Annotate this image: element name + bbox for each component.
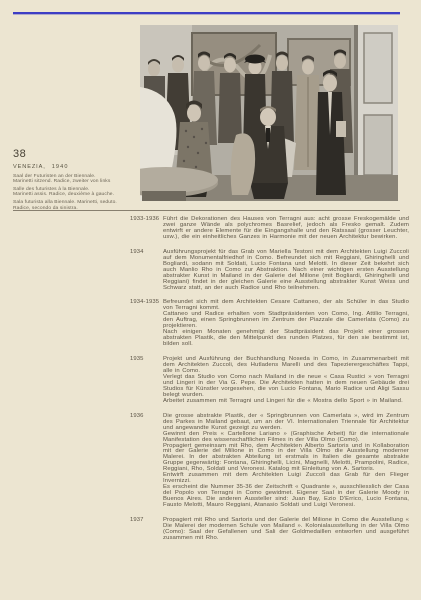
top-rule [13, 12, 400, 14]
entry-text: Propagiert gemeinsam mit Rho, dem Archit… [163, 444, 409, 474]
caption-line: Sala futurista alla Biennale. Marinetti,… [13, 200, 133, 205]
caption-place: VENEZIA, [13, 164, 46, 170]
chronology-entry-1935: 1935 Projekt und Ausführung der Buchhand… [130, 357, 409, 405]
caption-year: 1940 [52, 164, 69, 170]
chronology-entry-1936: 1936 Die grosse abstrakte Plastik, der «… [130, 414, 409, 509]
entry-year: 1936 [130, 414, 144, 420]
entry-text: Es erscheint die Nummer 35-36 der Zeitsc… [163, 485, 409, 509]
entry-year: 1934 [130, 250, 144, 256]
entry-text: Cattaneo und Radice erhalten vom Stadtpr… [163, 312, 409, 330]
book-page: 38 VENEZIA,1940 Saal der Futuristen an d… [0, 0, 421, 600]
entry-year: 1935 [130, 357, 144, 363]
divider-rule [13, 210, 400, 211]
entry-text: Arbeitet zusammen mit Terragni und Linge… [163, 399, 409, 405]
caption-german: Saal der Futuristen an der Biennale. Mar… [13, 174, 133, 185]
page-number: 38 [13, 148, 26, 160]
chronology-entry-1933-1936: 1933-1936 Führt die Dekorationen des Hau… [130, 217, 409, 241]
entry-text: Projekt und Ausführung der Buchhandlung … [163, 357, 409, 375]
caption-line: Marinetti sitzend. Radice, zweiter von l… [13, 179, 133, 184]
entry-text: Nach einigen Monaten genehmigt der Stadt… [163, 330, 409, 348]
photo-caption: VENEZIA,1940 Saal der Futuristen an der … [13, 164, 133, 213]
caption-title: VENEZIA,1940 [13, 164, 133, 170]
entry-text: Führt die Dekorationen des Hauses von Te… [163, 217, 409, 241]
entry-text: Ausführungsprojekt für das Grab von Mari… [163, 250, 409, 292]
entry-year: 1937 [130, 518, 144, 524]
entry-text: Verlegt das Studio von Como nach Mailand… [163, 375, 409, 399]
group-photo [140, 25, 398, 201]
group-photo-illustration [140, 25, 398, 201]
chronology-entry-1934-1935: 1934-1935 Befreundet sich mit dem Archit… [130, 300, 409, 348]
chronology: 1933-1936 Führt die Dekorationen des Hau… [130, 217, 409, 542]
chronology-entry-1934: 1934 Ausführungsprojekt für das Grab von… [130, 250, 409, 292]
entry-year: 1934-1935 [130, 300, 159, 306]
entry-text: Gewinnt den Preis « Cartellone Lariano »… [163, 432, 409, 444]
caption-line: Marinetti assis. Radice, deuxième à gauc… [13, 192, 133, 197]
entry-text: Die grosse abstrakte Plastik, der « Spri… [163, 414, 409, 432]
caption-french: Salle des futuristes à la Biennale. Mari… [13, 187, 133, 198]
chronology-entry-1937: 1937 Propagiert mit Rho und Sartoris und… [130, 518, 409, 542]
entry-year: 1933-1936 [130, 217, 159, 223]
entry-text: Propagiert mit Rho und Sartoris und der … [163, 518, 409, 542]
